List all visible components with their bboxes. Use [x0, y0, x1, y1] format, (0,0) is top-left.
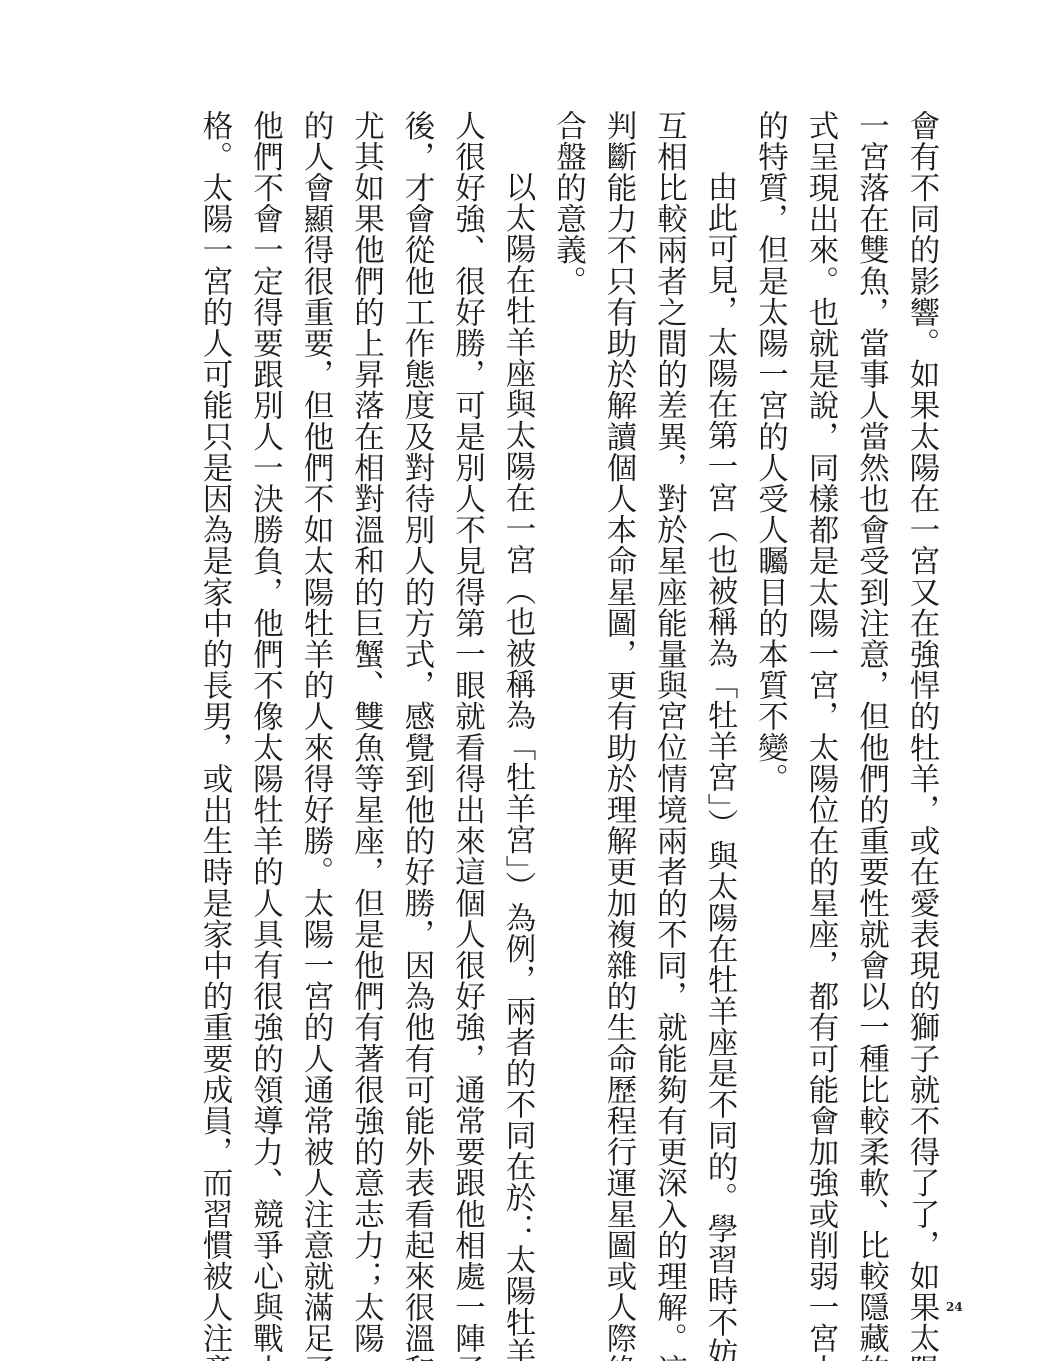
vertical-text-body: 會有不同的影響。如果太陽在一宮又在強悍的牡羊，或在愛表現的獅子就不得了了，如果太… [189, 110, 947, 1220]
text-column-10: 人很好強、很好勝，可是別人不見得第一眼就看得出來這個人很好強，通常要跟他相處一陣… [441, 110, 492, 1220]
text-column-8: 合盤的意義。 [542, 110, 593, 1220]
text-column-6: 互相比較兩者之間的差異，對於星座能量與宮位情境兩者的不同，就能夠有更深入的理解。… [643, 110, 694, 1220]
text-column-7: 判斷能力不只有助於解讀個人本命星圖，更有助於理解更加複雜的生命歷程行運星圖或人際… [593, 110, 644, 1220]
text-column-15: 格。太陽一宮的人可能只是因為是家中的長男，或出生時是家中的重要成員，而習慣被人注… [189, 110, 240, 1220]
text-column-12: 尤其如果他們的上昇落在相對溫和的巨蟹、雙魚等星座，但是他們有著很強的意志力；太陽… [340, 110, 391, 1220]
text-column-13: 的人會顯得很重要，但他們不如太陽牡羊的人來得好勝。太陽一宮的人通常被人注意就滿足… [290, 110, 341, 1220]
text-column-3: 式呈現出來。也就是說，同樣都是太陽一宮，太陽位在的星座，都有可能會加強或削弱一宮… [795, 110, 846, 1220]
page-number: 24 [946, 1300, 963, 1314]
document-page: 會有不同的影響。如果太陽在一宮又在強悍的牡羊，或在愛表現的獅子就不得了了，如果太… [0, 0, 1056, 1361]
text-column-14: 他們不會一定得要跟別人一決勝負，他們不像太陽牡羊的人具有很強的領導力、競爭心與戰… [239, 110, 290, 1220]
text-column-5-paragraph-start: 由此可見，太陽在第一宮（也被稱為「牡羊宮」）與太陽在牡羊座是不同的。學習時不妨常… [694, 110, 745, 1220]
text-column-11: 後，才會從他工作態度及對待別人的方式，感覺到他的好勝，因為他有可能外表看起來很溫… [391, 110, 442, 1220]
text-column-4: 的特質，但是太陽一宮的人受人矚目的本質不變。 [744, 110, 795, 1220]
text-column-2: 一宮落在雙魚，當事人當然也會受到注意，但他們的重要性就會以一種比較柔軟、比較隱藏… [845, 110, 896, 1220]
text-column-1: 會有不同的影響。如果太陽在一宮又在強悍的牡羊，或在愛表現的獅子就不得了了，如果太… [896, 110, 947, 1220]
text-column-9-paragraph-start: 以太陽在牡羊座與太陽在一宮（也被稱為「牡羊宮」）為例，兩者的不同在於：太陽牡羊的 [492, 110, 543, 1220]
